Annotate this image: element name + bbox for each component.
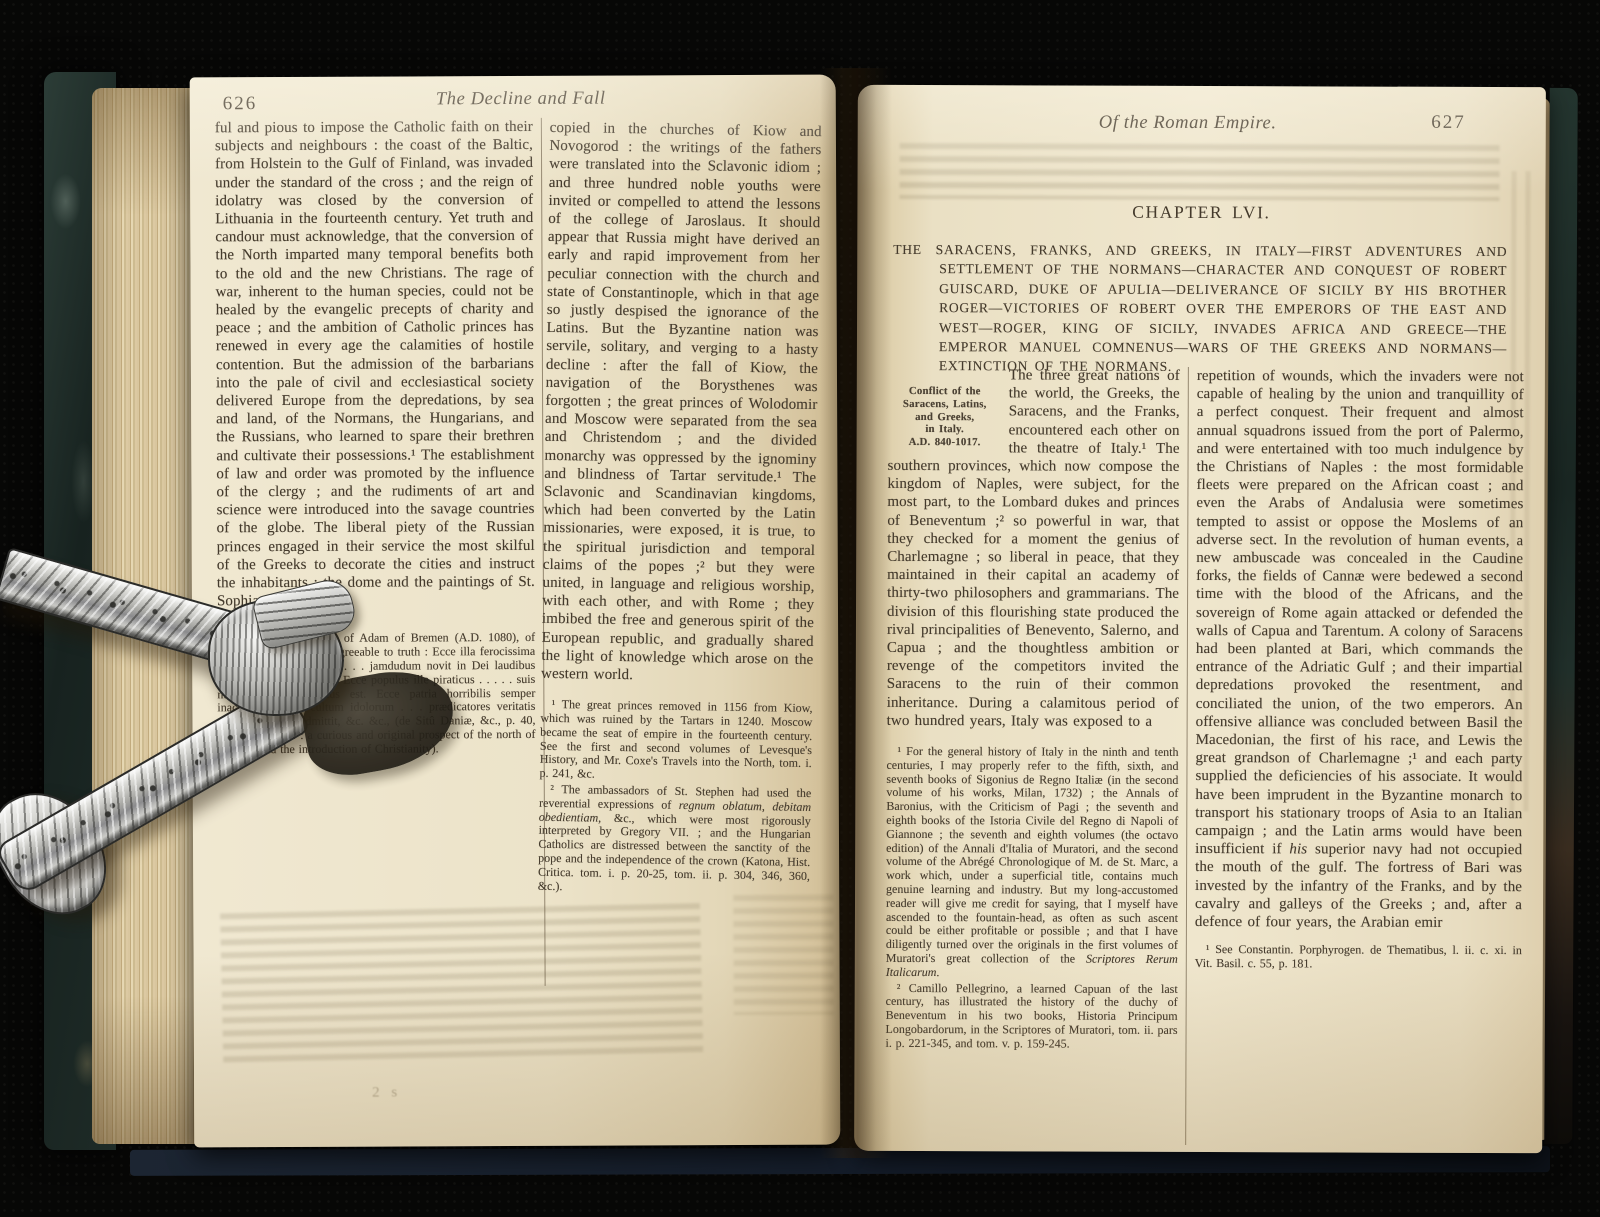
footnote-camillo-pellegrino: ² Camillo Pellegrino, a learned Capuan o… — [885, 982, 1177, 1052]
right-column-1: Conflict of the Saracens, Latins, and Gr… — [885, 366, 1180, 1145]
left-column-1-body: ful and pious to impose the Catholic fai… — [215, 118, 535, 611]
left-page-columns: ful and pious to impose the Catholic fai… — [215, 117, 826, 988]
left-column-1: ful and pious to impose the Catholic fai… — [215, 118, 537, 987]
footnote-general-history-italy: ¹ For the general history of Italy in th… — [886, 745, 1179, 981]
chapter-summary: THE SARACENS, FRANKS, AND GREEKS, IN ITA… — [893, 240, 1507, 378]
margin-note-conflict-saracens: Conflict of the Saracens, Latins, and Gr… — [888, 385, 1002, 449]
column-divider-right-page — [1185, 367, 1189, 1145]
right-column-1-body: Conflict of the Saracens, Latins, and Gr… — [887, 366, 1180, 731]
book-cover-right-edge — [1544, 88, 1578, 1144]
footnote-ambassadors-st-stephen: ² The ambassadors of St. Stephen had use… — [538, 783, 812, 898]
footnote-great-princes: ¹ The great princes removed in 1156 from… — [539, 698, 812, 785]
left-running-title: The Decline and Fall — [198, 88, 841, 112]
footnote-constantin-porphyrogen: ¹ See Constantin. Porphyrogen. de Themat… — [1195, 943, 1522, 972]
right-page-columns: Conflict of the Saracens, Latins, and Gr… — [885, 366, 1524, 1146]
right-column-1-footnotes: ¹ For the general history of Italy in th… — [885, 745, 1178, 1052]
ghost-signature-mark: 2 s — [372, 1085, 401, 1102]
right-column-2-body: repetition of wounds, which the invaders… — [1195, 367, 1524, 932]
left-column-2-body: copied in the churches of Kiow and Novog… — [541, 119, 822, 687]
right-page: Of the Roman Empire. 627 CHAPTER LVI. TH… — [854, 85, 1546, 1153]
chapter-heading: CHAPTER LVI. — [857, 201, 1545, 224]
right-column-2: repetition of wounds, which the invaders… — [1194, 367, 1524, 1146]
left-column-2: copied in the churches of Kiow and Novog… — [536, 118, 822, 990]
right-column-2-footnotes: ¹ See Constantin. Porphyrogen. de Themat… — [1195, 943, 1522, 972]
right-running-title: Of the Roman Empire. — [854, 112, 1532, 135]
left-column-2-footnotes: ¹ The great princes removed in 1156 from… — [538, 698, 813, 897]
right-page-number: 627 — [1431, 112, 1466, 134]
book-photograph: 626 The Decline and Fall ful and pious t… — [0, 0, 1600, 1217]
show-through-text-right-top — [899, 143, 1499, 201]
